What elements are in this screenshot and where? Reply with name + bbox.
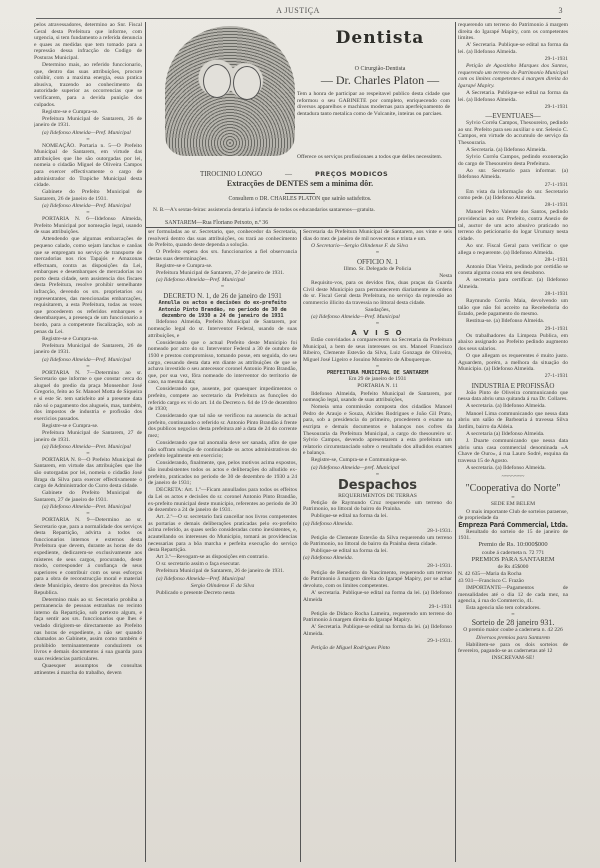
article-text: A' Secretaria. Publique-se edital na for… (458, 42, 568, 55)
article-text: IMPORTANTE—Pagamentos de mensalidades at… (458, 585, 568, 605)
article-text: João Pinto de Oliveira communicando que … (458, 390, 568, 403)
column-3: Secretaria da Prefeitura Municipal de Sa… (303, 229, 452, 867)
signature: (a) Ildefonso Almeida—Pref. Municipal (148, 277, 297, 284)
dentist-advertisement: Dentista O Cirurgião-Dentista — Dr. Char… (145, 20, 455, 228)
signature: (a) Ildefonso Almeida—Pret. Municipal (34, 504, 142, 511)
industria-title: INDUSTRIA E PROFISSÃO (458, 382, 568, 390)
ad-address: SANTAREM—Rua Floriano Peixoto, n.º 36 (165, 220, 445, 226)
article-text: Esta agencia não tem cobradores. (458, 605, 568, 612)
article-text: Raymundo Corrêa Maia, devolvendo um talã… (458, 298, 568, 318)
article-text: Registre-se e Cumpra-se. (34, 336, 142, 343)
article-text: Estão convidados a comparecerem na Secre… (303, 337, 452, 363)
officio-title: OFFICIO N. 1 (303, 258, 452, 266)
article-text: Nomeia uma commissão composta dos cidadã… (303, 404, 452, 457)
inscrevam-line: INSCREVAM-SE! (458, 655, 568, 662)
article-text: A' Secretaria. Publique-se edital na for… (303, 624, 452, 637)
article-text: Petição de Clemente Estevão da Silva req… (303, 535, 452, 548)
ad-divider (285, 193, 315, 194)
article-text: Registre-se e Cumpra-se. (148, 263, 297, 270)
signature: O Secretario—Sergio Olindense F. da Silv… (303, 243, 452, 250)
article-text: Registre-se, Cumpra-se e Communique-se. (303, 457, 452, 464)
article-text: Secretaria da Prefeitura Municipal de Sa… (303, 229, 452, 242)
ad-tagline-dash: — (285, 170, 292, 178)
article-text: Quaesquer assumptos de consultas attinen… (34, 663, 142, 676)
column-1: pelos atravessadores, determino ao Snr. … (34, 22, 142, 867)
entry-date: 29-1-1931 (303, 604, 452, 611)
cooperativa-sede: SEDE EM BELEM (458, 501, 568, 508)
article-text: Manoel Lima communicando que nessa data … (458, 411, 568, 431)
signature: (a) Ildefonso Almeida—Pret. Municipal (34, 444, 142, 451)
article-text: Diversos premios para Santarem (458, 635, 568, 642)
article-text: Os trabalhadores da Limpeza Publica, em … (458, 333, 568, 353)
article-text: Antonio Dias Vieira, pedindo por certidã… (458, 264, 568, 277)
entry-date: 29-1-1931 (458, 56, 568, 63)
article-text: Requisito-vos, para os devidos fins, dua… (303, 280, 452, 306)
entry-date: 29-1-1931 (458, 326, 568, 333)
signature: (a) Ildefonso Almeida—Pref. Municipal (34, 130, 142, 137)
article-text: Prefeitura Municipal de Santarem, 26 de … (34, 343, 142, 356)
signature: (a) Ildefonso Almeida—Pref. Municipal (303, 314, 452, 321)
eventuaes-title: —EVENTUAES— (458, 112, 568, 120)
article-text: Habilitem-se para os dois sorteios de fe… (458, 642, 568, 655)
article-text: Petição de Agostinho Marques dos Santos,… (458, 63, 568, 89)
article-text: A Secretaria. (a) Ildefonso Almeida. (458, 147, 568, 154)
article-text: Sylvio Corrêa Campos, pedindo exoneração… (458, 154, 568, 167)
article-portaria-9: PORTARIA N. 9—Determino ao sr. Secretari… (34, 517, 142, 596)
article-text: O sr. secretario assim o faça executar. (148, 561, 297, 568)
cooperativa-title: "Cooperativa do Norte" (458, 483, 568, 495)
ad-body: Tem a honra de participar ao respeitavel… (297, 91, 450, 117)
article-text: Prefeitura Municipal de Santarem, 26 de … (34, 116, 142, 129)
article-text: Publique-se edital na forma da lei. (303, 513, 452, 520)
signature: (a) Ildefonso Almeida. (303, 521, 452, 528)
article-text: Ao snr. Secretario para informar. (a) Il… (458, 168, 568, 181)
article-text: Sylvio Corrêa Campos, Thesoureiro, pedin… (458, 120, 568, 146)
ad-tagline-left: TIROCINIO LONGO (200, 170, 262, 178)
portaria-date: Em 29 de janeiro de 1931 (303, 376, 452, 383)
article-text: Determino mais ao sr. Secretario prohiba… (34, 597, 142, 663)
article-text: Considerando que tal não se verificou na… (148, 413, 297, 439)
article-text: Gabinete do Prefeito Municipal de Santar… (34, 189, 142, 202)
entry-date: 28-1-1931 (458, 257, 568, 264)
ad-title: Dentista (315, 28, 445, 48)
top-rule (36, 18, 561, 19)
signature: Sergio Olindense F. da Silva (148, 583, 297, 590)
article-nomeacao: NOMEAÇÃO. Portaria n. 5—O Prefeito Munic… (34, 143, 142, 189)
article-text: DECRETA: Art. 1.º—Ficam annullados para … (148, 487, 297, 513)
decreto-subtitle: Annulla os actos e decisões do ex-prefei… (148, 300, 297, 319)
premios-value: de Rs 45$000 (458, 564, 568, 571)
article-text: Resultado do sorteio de 15 de janeiro de… (458, 529, 568, 542)
column-4: requerendo um terreno do Patrimonio á ma… (458, 22, 568, 867)
portaria-number: PORTARIA N. 11 (303, 383, 452, 390)
article-text: A secretaria para certificar. (a) Ildefo… (458, 277, 568, 290)
article-text: ser formuladas ao sr. Secretario, que, c… (148, 229, 297, 249)
ad-offer: Offerece os serviços profissionaes a tod… (297, 154, 450, 161)
page-number: 3 (559, 6, 564, 15)
article-text: Manoel Pedro Valente dos Santos, pedindo… (458, 209, 568, 242)
ornament-divider: ~~~~~~~ (458, 474, 568, 480)
newspaper-page: A JUSTIÇA 3 pelos atravessadores, determ… (0, 0, 600, 868)
illustration-face (233, 66, 261, 100)
article-text: Ildefonso Almeida, Prefeito Municipal de… (148, 319, 297, 339)
despachos-title: Despachos (303, 478, 452, 493)
article-text: Petição de Didaco Rocha Lameira, requere… (303, 611, 452, 624)
ad-note: N. B.—A's sextas-feiras: assistencia den… (153, 207, 438, 213)
article-text: Petição de Miguel Rodrigues Pinto (303, 645, 452, 652)
officio-location: Nesta (303, 273, 452, 280)
entry-date: 29-1-1931. (303, 638, 452, 645)
article-text: Em vista da informação do snr. Secretari… (458, 189, 568, 202)
newspaper-title: A JUSTIÇA (276, 6, 320, 15)
signature: (a) Ildefonso Almeida—pref. Municipal (303, 465, 452, 472)
article-text: Prefeitura Municipal de Santarem, 26 de … (148, 568, 297, 575)
article-text: requerendo um terreno do Patrimonio á ma… (458, 22, 568, 42)
article-text: O Prefeito espera dos srs. funccionarios… (148, 249, 297, 262)
article-text: Attendendo que algumas embarcações de pe… (34, 236, 142, 335)
signature: (a) Ildefonso Almeida—Pref. Municipal (34, 203, 142, 210)
article-text: pelos atravessadores, determino ao Snr. … (34, 22, 142, 62)
article-text: A secretaria. (a) Ildefonso Almeida. (458, 465, 568, 472)
empreza-name: Empreza Pará Commercial, Ltda. (458, 522, 568, 529)
article-text: O que allegam os requerentes é muito jus… (458, 353, 568, 373)
article-text: Determino mais, ao referido funccionario… (34, 62, 142, 108)
signature: (a) Ildefonso Almeida—Pref. Municipal (148, 576, 297, 583)
entry-date: 29-1-1931 (458, 104, 568, 111)
premio-amount: Premio de Rs. 10:000$000 (458, 542, 568, 549)
article-portaria-8: PORTARIA N. 8—O Prefeito Municipal de Sa… (34, 457, 142, 490)
article-text: O mais importante Club de sorteios parae… (458, 509, 568, 522)
column-rule (455, 22, 456, 862)
separator: = (148, 284, 297, 290)
article-text: Ildefonso Almeida, Prefeito Municipal de… (303, 391, 452, 404)
aviso-title: A V I S O (303, 329, 452, 337)
article-text: Registre-se e Cumpra-se. (34, 109, 142, 116)
ad-consult-line: Consultem o DR. CHARLES PLATON que sairã… (155, 196, 445, 202)
entry-date: 28-1-1931 (458, 202, 568, 209)
entry-date: 28-1-1931. (303, 563, 452, 570)
article-text: O premio maior coube a caderneta n. 42 2… (458, 627, 568, 634)
column-rule (300, 230, 301, 862)
article-portaria-6: PORTARIA N. 6—Ildefonso Almeida, Prefeit… (34, 216, 142, 236)
article-text: Considerando que o actual Prefeito deste… (148, 340, 297, 386)
illustration-face (203, 64, 231, 98)
sorteio-title: Sorteio de 28 janeiro 931. (458, 618, 568, 627)
article-text: Prefeitura Municipal de Santarem, 27 de … (34, 430, 142, 443)
officio-recipient: Illmo. Sr. Delegado de Policia (303, 266, 452, 273)
article-text: J. Duarte communicando que nessa data ab… (458, 438, 568, 464)
ad-doctor-name: — Dr. Charles Platon — (305, 73, 455, 88)
ad-extraction-line: Extracções de DENTES sem a minima dôr. (155, 179, 445, 188)
article-text: Restitua-se. (a) Ildefonso Almeida. (458, 318, 568, 325)
article-text: A secretaria (a) Ildefonso Almeida. (458, 431, 568, 438)
article-text: Considerando, finalmente, que, pelos mot… (148, 460, 297, 486)
premios-title: PREMIOS PARA SANTAREM (458, 557, 568, 564)
article-text: Considerando que, ausente, por quaesquer… (148, 386, 297, 412)
article-text: A' secretaria. Publique-se edital na for… (303, 590, 452, 603)
article-text: Gabinete do Prefeito Municipal de Santar… (34, 490, 142, 503)
article-text: Publicado o presente Decreto nesta (148, 590, 297, 597)
entry-date: 28-1-1931 (458, 291, 568, 298)
separator: = (303, 321, 452, 327)
article-text: Art 3.º—Revogam-se as disposições em con… (148, 554, 297, 561)
winner-entry: 43 931—Francisco C. Frazão (458, 578, 568, 585)
article-text: Prefeitura Municipal de Santarem, 27 de … (148, 270, 297, 277)
article-text: Ao snr. Fiscal Geral para verificar o qu… (458, 243, 568, 256)
ad-subtitle: O Cirurgião-Dentista (315, 66, 445, 72)
section-subtitle: REQUERIMENTOS DE TERRAS (303, 493, 452, 500)
article-text: Petição de Benedicto do Nascimento, requ… (303, 570, 452, 590)
article-portaria-7: PORTARIA N. 7—Determino ao sr. Secretari… (34, 370, 142, 423)
greeting: Saudações, (303, 307, 452, 314)
signature: (a) Ildefonso Almeida. (303, 555, 452, 562)
article-text: Considerando que tal anomalia deve ser s… (148, 440, 297, 460)
entry-date: 27-1-1931 (458, 182, 568, 189)
article-text: Publique-se edital na forma da lei. (303, 548, 452, 555)
separator: = (303, 250, 452, 256)
entry-date: 27-1-1931 (458, 373, 568, 380)
column-2: ser formuladas ao sr. Secretario, que, c… (148, 229, 297, 867)
ad-tagline-right: PREÇOS MODICOS (315, 170, 388, 178)
winner-entry: N. 42 635—Maria da Rocha (458, 571, 568, 578)
article-text: Registre-se e Cumpra-se. (34, 423, 142, 430)
article-text: Petição de Raymundo Cruz requerendo um t… (303, 500, 452, 513)
article-text: A Secretaria. Publique-se edital na form… (458, 90, 568, 103)
entry-date: 28-1-1931. (303, 528, 452, 535)
decreto-title: DECRETO N. 1, de 26 de janeiro de 1931 (148, 292, 297, 300)
signature: (a) Ildefonso Almeida—Pref. Municipal (34, 357, 142, 364)
article-text: Art. 2.º—O sr. secretario fará cancellar… (148, 514, 297, 554)
couple-illustration (165, 26, 295, 156)
article-text: A secretaria. (a) Ildefonso Almeida. (458, 403, 568, 410)
